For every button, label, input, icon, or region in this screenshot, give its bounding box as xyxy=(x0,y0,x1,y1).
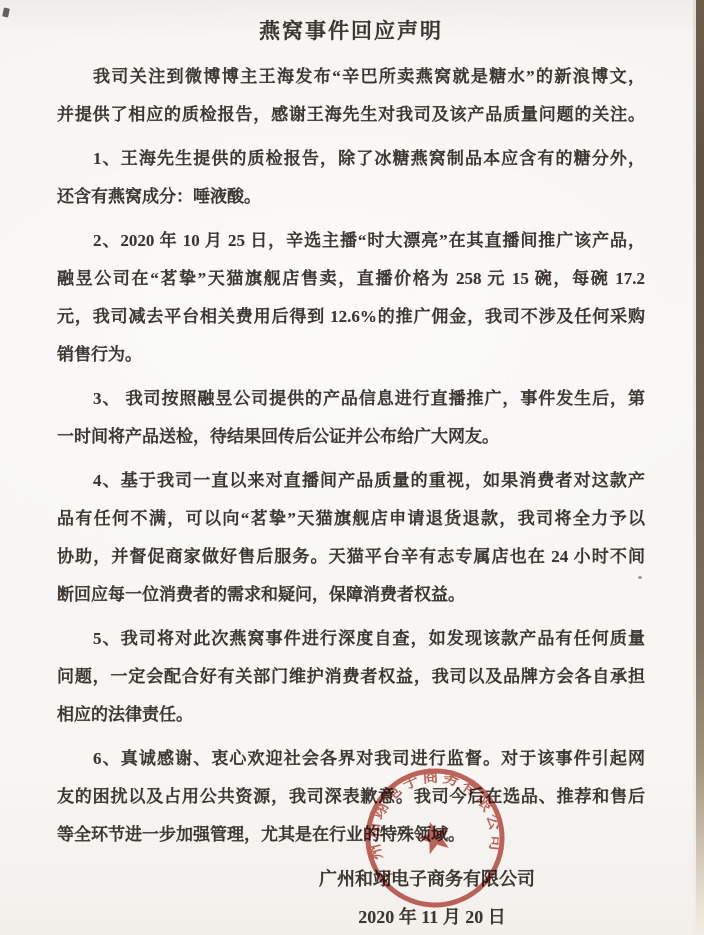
intro-paragraph: 我司关注到微博博主王海发布“辛巴所卖燕窝就是糖水”的新浪博文， 并提供了相应的质… xyxy=(57,58,645,134)
body-line: 1、王海先生提供的质检报告，除了冰糖燕窝制品本应含有的糖分外， xyxy=(57,140,645,178)
body-line: 我司关注到微博博主王海发布“辛巴所卖燕窝就是糖水”的新浪博文， xyxy=(57,58,645,96)
body-line: 相应的法律责任。 xyxy=(57,696,645,734)
body-line: 5、我司将对此次燕窝事件进行深度自查，如发现该款产品有任何质量 xyxy=(57,620,645,658)
body-line: 还含有燕窝成分：唾液酸。 xyxy=(57,178,645,216)
paragraph-5: 5、我司将对此次燕窝事件进行深度自查，如发现该款产品有任何质量 问题，一定会配合… xyxy=(57,620,645,734)
body-line: 一时间将产品送检，待结果回传后公证并公布给广大网友。 xyxy=(57,418,645,456)
company-stamp-seal: 广州和翊电子商务有限公司 xyxy=(355,758,515,918)
body-line: 2、2020 年 10 月 25 日，辛选主播“时大漂亮”在其直播间推广该产品， xyxy=(57,222,645,260)
company-signature: 广州和翊电子商务有限公司 xyxy=(57,860,645,898)
body-line: 品有任何不满，可以向“茗挚”天猫旗舰店申请退货退款，我司将全力予以 xyxy=(57,500,645,538)
page-title: 燕窝事件回应声明 xyxy=(57,16,645,46)
body-line: 6、真诚感谢、衷心欢迎社会各界对我司进行监督。对于该事件引起网 xyxy=(57,740,645,778)
body-line: 友的困扰以及占用公共资源，我司深表歉意。我司今后在选品、推荐和售后 xyxy=(57,778,645,816)
body-line: 等全环节进一步加强管理，尤其是在行业的特殊领域。 xyxy=(57,816,645,854)
body-line: 4、基于我司一直以来对直播间产品质量的重视，如果消费者对这款产 xyxy=(57,462,645,500)
statement-body: 燕窝事件回应声明 我司关注到微博博主王海发布“辛巴所卖燕窝就是糖水”的新浪博文，… xyxy=(0,0,704,935)
svg-text:广州和翊电子商务有限公司: 广州和翊电子商务有限公司 xyxy=(355,758,513,893)
body-line: 3、 我司按照融昱公司提供的产品信息进行直播推广，事件发生后，第 xyxy=(57,380,645,418)
body-line: 销售行为。 xyxy=(57,336,645,374)
statement-date: 2020 年 11 月 20 日 xyxy=(57,898,645,935)
paragraph-1: 1、王海先生提供的质检报告，除了冰糖燕窝制品本应含有的糖分外， 还含有燕窝成分：… xyxy=(57,140,645,216)
paragraph-6: 6、真诚感谢、衷心欢迎社会各界对我司进行监督。对于该事件引起网 友的困扰以及占用… xyxy=(57,740,645,854)
body-line: 元，我司减去平台相关费用后得到 12.6%的推广佣金，我司不涉及任何采购 xyxy=(57,298,645,336)
body-line: 并提供了相应的质检报告，感谢王海先生对我司及该产品质量问题的关注。 xyxy=(57,96,645,134)
document-page: 燕窝事件回应声明 我司关注到微博博主王海发布“辛巴所卖燕窝就是糖水”的新浪博文，… xyxy=(0,0,704,935)
stamp-text: 广州和翊电子商务有限公司 xyxy=(355,758,513,893)
paragraph-3: 3、 我司按照融昱公司提供的产品信息进行直播推广，事件发生后，第 一时间将产品送… xyxy=(57,380,645,456)
paragraph-2: 2、2020 年 10 月 25 日，辛选主播“时大漂亮”在其直播间推广该产品，… xyxy=(57,222,645,374)
star-icon xyxy=(414,817,454,856)
body-line: 协助，并督促商家做好售后服务。天猫平台辛有志专属店也在 24 小时不间 xyxy=(57,538,645,576)
paragraph-4: 4、基于我司一直以来对直播间产品质量的重视，如果消费者对这款产 品有任何不满，可… xyxy=(57,462,645,614)
body-line: 问题，一定会配合好有关部门维护消费者权益，我司以及品牌方会各自承担 xyxy=(57,658,645,696)
page-edge-shadow xyxy=(696,0,704,935)
body-line: 断回应每一位消费者的需求和疑问，保障消费者权益。 xyxy=(57,576,645,614)
ink-dot xyxy=(638,576,642,579)
body-line: 融昱公司在“茗挚”天猫旗舰店售卖，直播价格为 258 元 15 碗，每碗 17.… xyxy=(57,260,645,298)
